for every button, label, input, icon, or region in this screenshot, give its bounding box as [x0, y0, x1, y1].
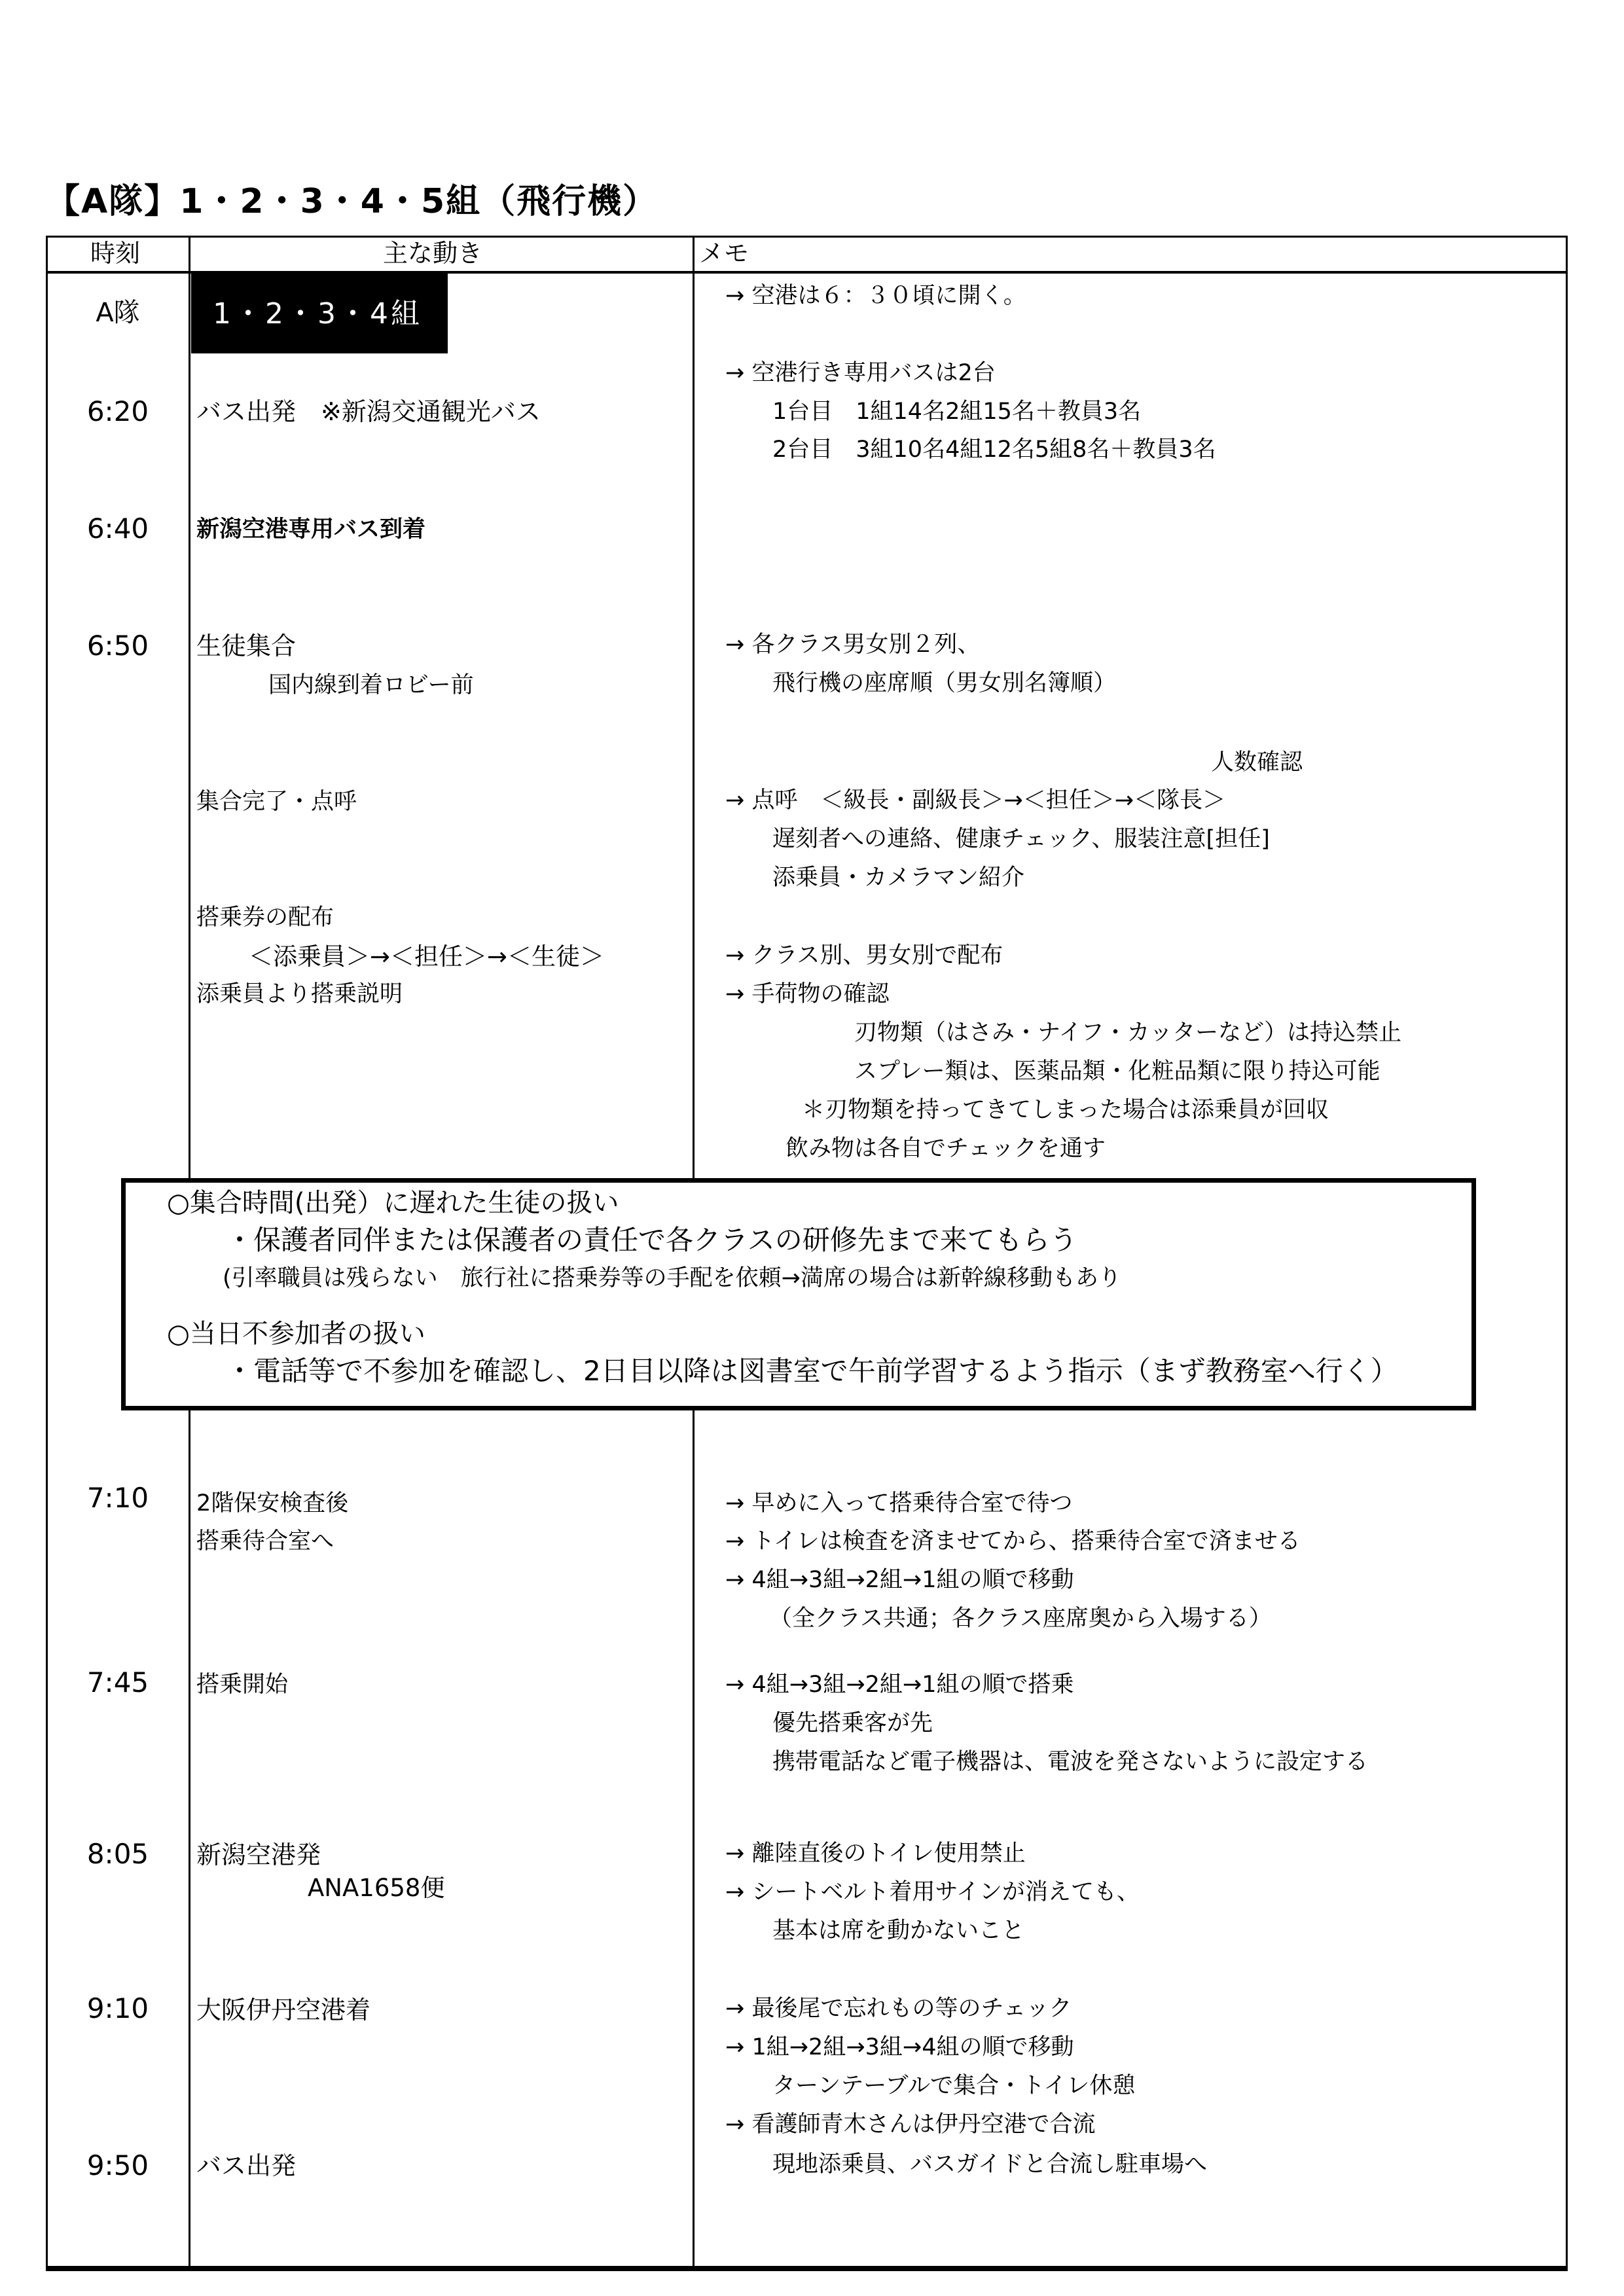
memo-line: 遅刻者への連絡、健康チェック、服装注意[担任]	[772, 828, 1270, 851]
memo-line: 飛行機の座席順（男女別名簿順）	[772, 672, 1116, 695]
row-time: 8:05	[52, 1840, 183, 1868]
group-label: A隊	[52, 300, 183, 326]
row-time: 7:45	[52, 1669, 183, 1696]
memo-line: → 手荷物の確認	[725, 983, 889, 1006]
memo-line: → 空港は６：３０頃に開く。	[725, 285, 1026, 308]
memo-line: 刃物類（はさみ・ナイフ・カッターなど）は持込禁止	[854, 1022, 1401, 1045]
row-movement: 新潟空港専用バス到着	[196, 518, 425, 541]
header-time: 時刻	[90, 241, 140, 266]
memo-line: スプレー類は、医薬品類・化粧品類に限り持込可能	[854, 1060, 1380, 1083]
row-time: 9:50	[52, 2152, 183, 2179]
row-movement: 搭乗待合室へ	[196, 1530, 334, 1553]
memo-line: → 点呼 ＜級長・副級長＞→＜担任＞→＜隊長＞	[725, 789, 1225, 812]
notice-absent-heading: ○当日不参加者の扱い	[167, 1321, 425, 1347]
header-memo: メモ	[699, 241, 749, 266]
notice-absent-body: ・電話等で不参加を確認し、2日目以降は図書室で午前学習するよう指示（まず教務室へ…	[226, 1357, 1398, 1385]
memo-line: → クラス別、男女別で配布	[725, 944, 1003, 967]
memo-line: 2台目 3組10名4組12名5組8名＋教員3名	[772, 439, 1216, 461]
memo-line: → 空港行き専用バスは2台	[725, 362, 996, 385]
memo-line: → 看護師青木さんは伊丹空港で合流	[725, 2113, 1095, 2136]
row-movement-sub: 国内線到着ロビー前	[268, 674, 474, 697]
memo-line: 1台目 1組14名2組15名＋教員3名	[772, 401, 1141, 423]
notice-late-heading: ○集合時間(出発）に遅れた生徒の扱い	[167, 1190, 619, 1216]
memo-line: → シートベルト着用サインが消えても、	[725, 1881, 1140, 1904]
memo-line: → 1組→2組→3組→4組の順で移動	[725, 2036, 1074, 2059]
memo-line: → 4組→3組→2組→1組の順で移動	[725, 1569, 1074, 1592]
memo-line: 基本は席を動かないこと	[772, 1920, 1024, 1943]
row-movement: バス出発	[196, 2153, 296, 2178]
memo-line: （全クラス共通；各クラス座席奥から入場する）	[769, 1607, 1272, 1630]
memo-line: → 早めに入って搭乗待合室で待つ	[725, 1492, 1072, 1515]
row-movement-sub: ＜添乗員＞→＜担任＞→＜生徒＞	[249, 944, 604, 969]
memo-line: → 各クラス男女別２列、	[725, 634, 980, 656]
memo-line: → 最後尾で忘れもの等のチェック	[725, 1998, 1072, 2020]
memo-line: 携帯電話など電子機器は、電波を発さないように設定する	[772, 1751, 1368, 1774]
memo-line: ＊刃物類を持ってきてしまった場合は添乗員が回収	[802, 1099, 1329, 1122]
memo-line: 優先搭乗客が先	[772, 1712, 933, 1735]
memo-line: 人数確認	[1211, 751, 1303, 774]
row-movement: バス出発 ※新潟交通観光バス	[196, 399, 541, 424]
memo-line: → トイレは検査を済ませてから、搭乗待合室で済ませる	[725, 1530, 1301, 1553]
header-movement: 主な動き	[383, 241, 482, 266]
row-time: 9:10	[52, 1995, 183, 2022]
group-badge-label: 1・2・3・4組	[213, 300, 422, 329]
row-movement: 集合完了・点呼	[196, 791, 357, 814]
row-movement: 大阪伊丹空港着	[196, 1998, 370, 2022]
row-time: 6:20	[52, 398, 183, 425]
row-movement: 生徒集合	[196, 634, 296, 658]
table-bottom-border	[46, 2266, 1568, 2270]
row-time: 6:40	[52, 515, 183, 543]
row-time: 6:50	[52, 632, 183, 660]
row-movement: 新潟空港発	[196, 1842, 321, 1867]
memo-line: → 離陸直後のトイレ使用禁止	[725, 1842, 1026, 1865]
row-movement: 添乗員より搭乗説明	[196, 983, 403, 1006]
page-title: 【A隊】1・2・3・4・5組（飛行機）	[46, 185, 658, 219]
memo-line: → 4組→3組→2組→1組の順で搭乗	[725, 1674, 1074, 1696]
memo-line: 現地添乗員、バスガイドと合流し駐車場へ	[772, 2153, 1207, 2176]
row-movement: 搭乗開始	[196, 1674, 288, 1696]
notice-late-body: ・保護者同伴または保護者の責任で各クラスの研修先まで来てもらう	[226, 1227, 1077, 1254]
notice-late-note: (引率職員は残らない 旅行社に搭乗券等の手配を依頼→満席の場合は新幹線移動もあり	[223, 1267, 1121, 1290]
row-time: 7:10	[52, 1484, 183, 1512]
memo-line: ターンテーブルで集合・トイレ休憩	[772, 2075, 1135, 2098]
memo-line: 飲み物は各自でチェックを通す	[785, 1138, 1106, 1160]
row-movement: 搭乗券の配布	[196, 906, 334, 929]
flight-number: ANA1658便	[308, 1876, 444, 1900]
memo-line: 添乗員・カメラマン紹介	[772, 867, 1024, 889]
row-movement: 2階保安検査後	[196, 1492, 348, 1515]
